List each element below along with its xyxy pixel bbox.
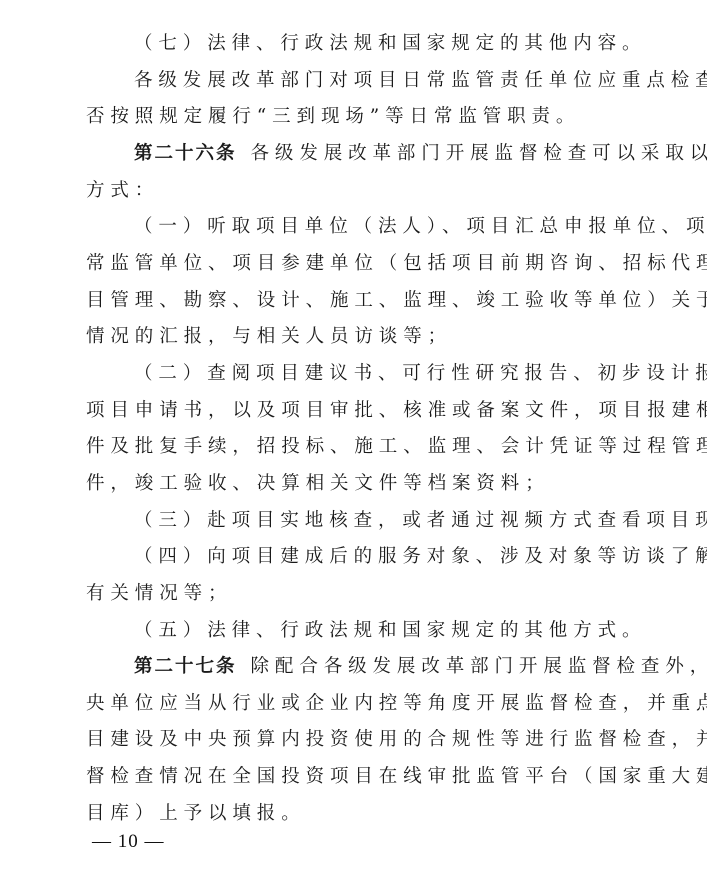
paragraph-line: 常监管单位、项目参建单位（包括项目前期咨询、招标代理、项	[86, 246, 624, 283]
paragraph-line: （七）法律、行政法规和国家规定的其他内容。	[86, 26, 624, 63]
paragraph-line: 目库）上予以填报。	[86, 796, 624, 833]
paragraph-line: （四）向项目建成后的服务对象、涉及对象等访谈了解项目	[86, 539, 624, 576]
page-number: — 10 —	[92, 831, 165, 853]
paragraph-line: 情况的汇报，与相关人员访谈等；	[86, 319, 624, 356]
paragraph-line: 项目申请书，以及项目审批、核准或备案文件，项目报建相关文	[86, 393, 624, 430]
article-number: 第二十七条	[134, 656, 237, 677]
paragraph-line: 目建设及中央预算内投资使用的合规性等进行监督检查，并将监	[86, 722, 624, 759]
paragraph-line: （五）法律、行政法规和国家规定的其他方式。	[86, 613, 624, 650]
paragraph-line: 有关情况等；	[86, 576, 624, 613]
article-26-heading-line: 第二十六条各级发展改革部门开展监督检查可以采取以下	[86, 136, 624, 173]
article-27-heading-line: 第二十七条除配合各级发展改革部门开展监督检查外，中	[86, 649, 624, 686]
paragraph-line: 否按照规定履行“三到现场”等日常监管职责。	[86, 99, 624, 136]
paragraph-line: 督检查情况在全国投资项目在线审批监管平台（国家重大建设项	[86, 759, 624, 796]
article-text: 除配合各级发展改革部门开展监督检查外，中	[251, 656, 707, 677]
paragraph-line: （三）赴项目实地核查，或者通过视频方式查看项目现场；	[86, 503, 624, 540]
document-page: （七）法律、行政法规和国家规定的其他内容。 各级发展改革部门对项目日常监管责任单…	[86, 26, 624, 832]
paragraph-line: 目管理、勘察、设计、施工、监理、竣工验收等单位）关于项目	[86, 283, 624, 320]
article-text: 各级发展改革部门开展监督检查可以采取以下	[251, 143, 707, 164]
paragraph-line: （一）听取项目单位（法人）、项目汇总申报单位、项目日	[86, 209, 624, 246]
paragraph-line: 件，竣工验收、决算相关文件等档案资料；	[86, 466, 624, 503]
paragraph-line: 各级发展改革部门对项目日常监管责任单位应重点检查其是	[86, 63, 624, 100]
paragraph-line: 件及批复手续，招投标、施工、监理、会计凭证等过程管理文	[86, 429, 624, 466]
paragraph-line: 央单位应当从行业或企业内控等角度开展监督检查，并重点对项	[86, 686, 624, 723]
paragraph-line: 方式：	[86, 173, 624, 210]
paragraph-line: （二）查阅项目建议书、可行性研究报告、初步设计报告、	[86, 356, 624, 393]
article-number: 第二十六条	[134, 143, 237, 164]
